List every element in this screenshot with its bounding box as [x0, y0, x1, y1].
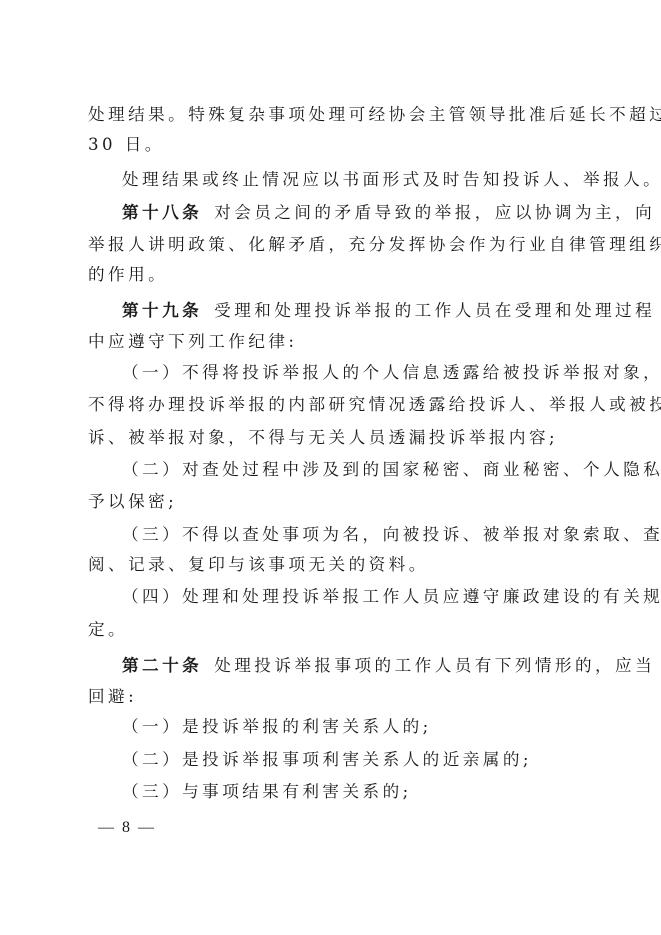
- list-item-line: （二）对查处过程中涉及到的国家秘密、商业秘密、个人隐私: [122, 459, 574, 481]
- paragraph-line: 不得将办理投诉举报的内部研究情况透露给投诉人、举报人或被投: [88, 394, 574, 416]
- paragraph-line: 回避:: [88, 686, 574, 708]
- list-item-line: （三）不得以查处事项为名，向被投诉、被举报对象索取、查: [122, 524, 574, 546]
- list-item-line: （四）处理和处理投诉举报工作人员应遵守廉政建设的有关规: [122, 586, 574, 608]
- article-heading: 第十九条: [122, 300, 202, 320]
- article-19-line: 第十九条受理和处理投诉举报的工作人员在受理和处理过程: [122, 299, 574, 322]
- paragraph-line: 的作用。: [88, 264, 574, 286]
- paragraph-line: 定。: [88, 619, 574, 641]
- article-text: 对会员之间的矛盾导致的举报，应以协调为主，向: [214, 203, 655, 222]
- document-page: 处理结果。特殊复杂事项处理可经协会主管领导批准后延长不超过 30 日。 处理结果…: [0, 0, 661, 935]
- article-text: 处理投诉举报事项的工作人员有下列情形的，应当: [214, 656, 655, 675]
- article-heading: 第十八条: [122, 202, 202, 222]
- paragraph-line: 阅、记录、复印与该事项无关的资料。: [88, 554, 574, 576]
- paragraph-line: 中应遵守下列工作纪律:: [88, 331, 574, 353]
- article-18-line: 第十八条对会员之间的矛盾导致的举报，应以协调为主，向: [122, 201, 574, 224]
- list-item-line: （一）不得将投诉举报人的个人信息透露给被投诉举报对象，: [122, 362, 574, 384]
- article-20-line: 第二十条处理投诉举报事项的工作人员有下列情形的，应当: [122, 654, 574, 677]
- article-heading: 第二十条: [122, 655, 202, 675]
- list-item-line: （一）是投诉举报的利害关系人的;: [122, 716, 574, 738]
- paragraph-line: 举报人讲明政策、化解矛盾，充分发挥协会作为行业自律管理组织: [88, 234, 574, 256]
- paragraph-line: 予以保密;: [88, 491, 574, 513]
- list-item-line: （三）与事项结果有利害关系的;: [122, 781, 574, 803]
- list-item-line: （二）是投诉举报事项利害关系人的近亲属的;: [122, 749, 574, 771]
- paragraph-line: 30 日。: [88, 134, 574, 156]
- page-number: — 8 —: [98, 818, 156, 838]
- paragraph-line: 处理结果或终止情况应以书面形式及时告知投诉人、举报人。: [122, 169, 574, 191]
- paragraph-line: 处理结果。特殊复杂事项处理可经协会主管领导批准后延长不超过: [88, 104, 574, 126]
- article-text: 受理和处理投诉举报的工作人员在受理和处理过程: [214, 301, 655, 320]
- paragraph-line: 诉、被举报对象，不得与无关人员透漏投诉举报内容;: [88, 427, 574, 449]
